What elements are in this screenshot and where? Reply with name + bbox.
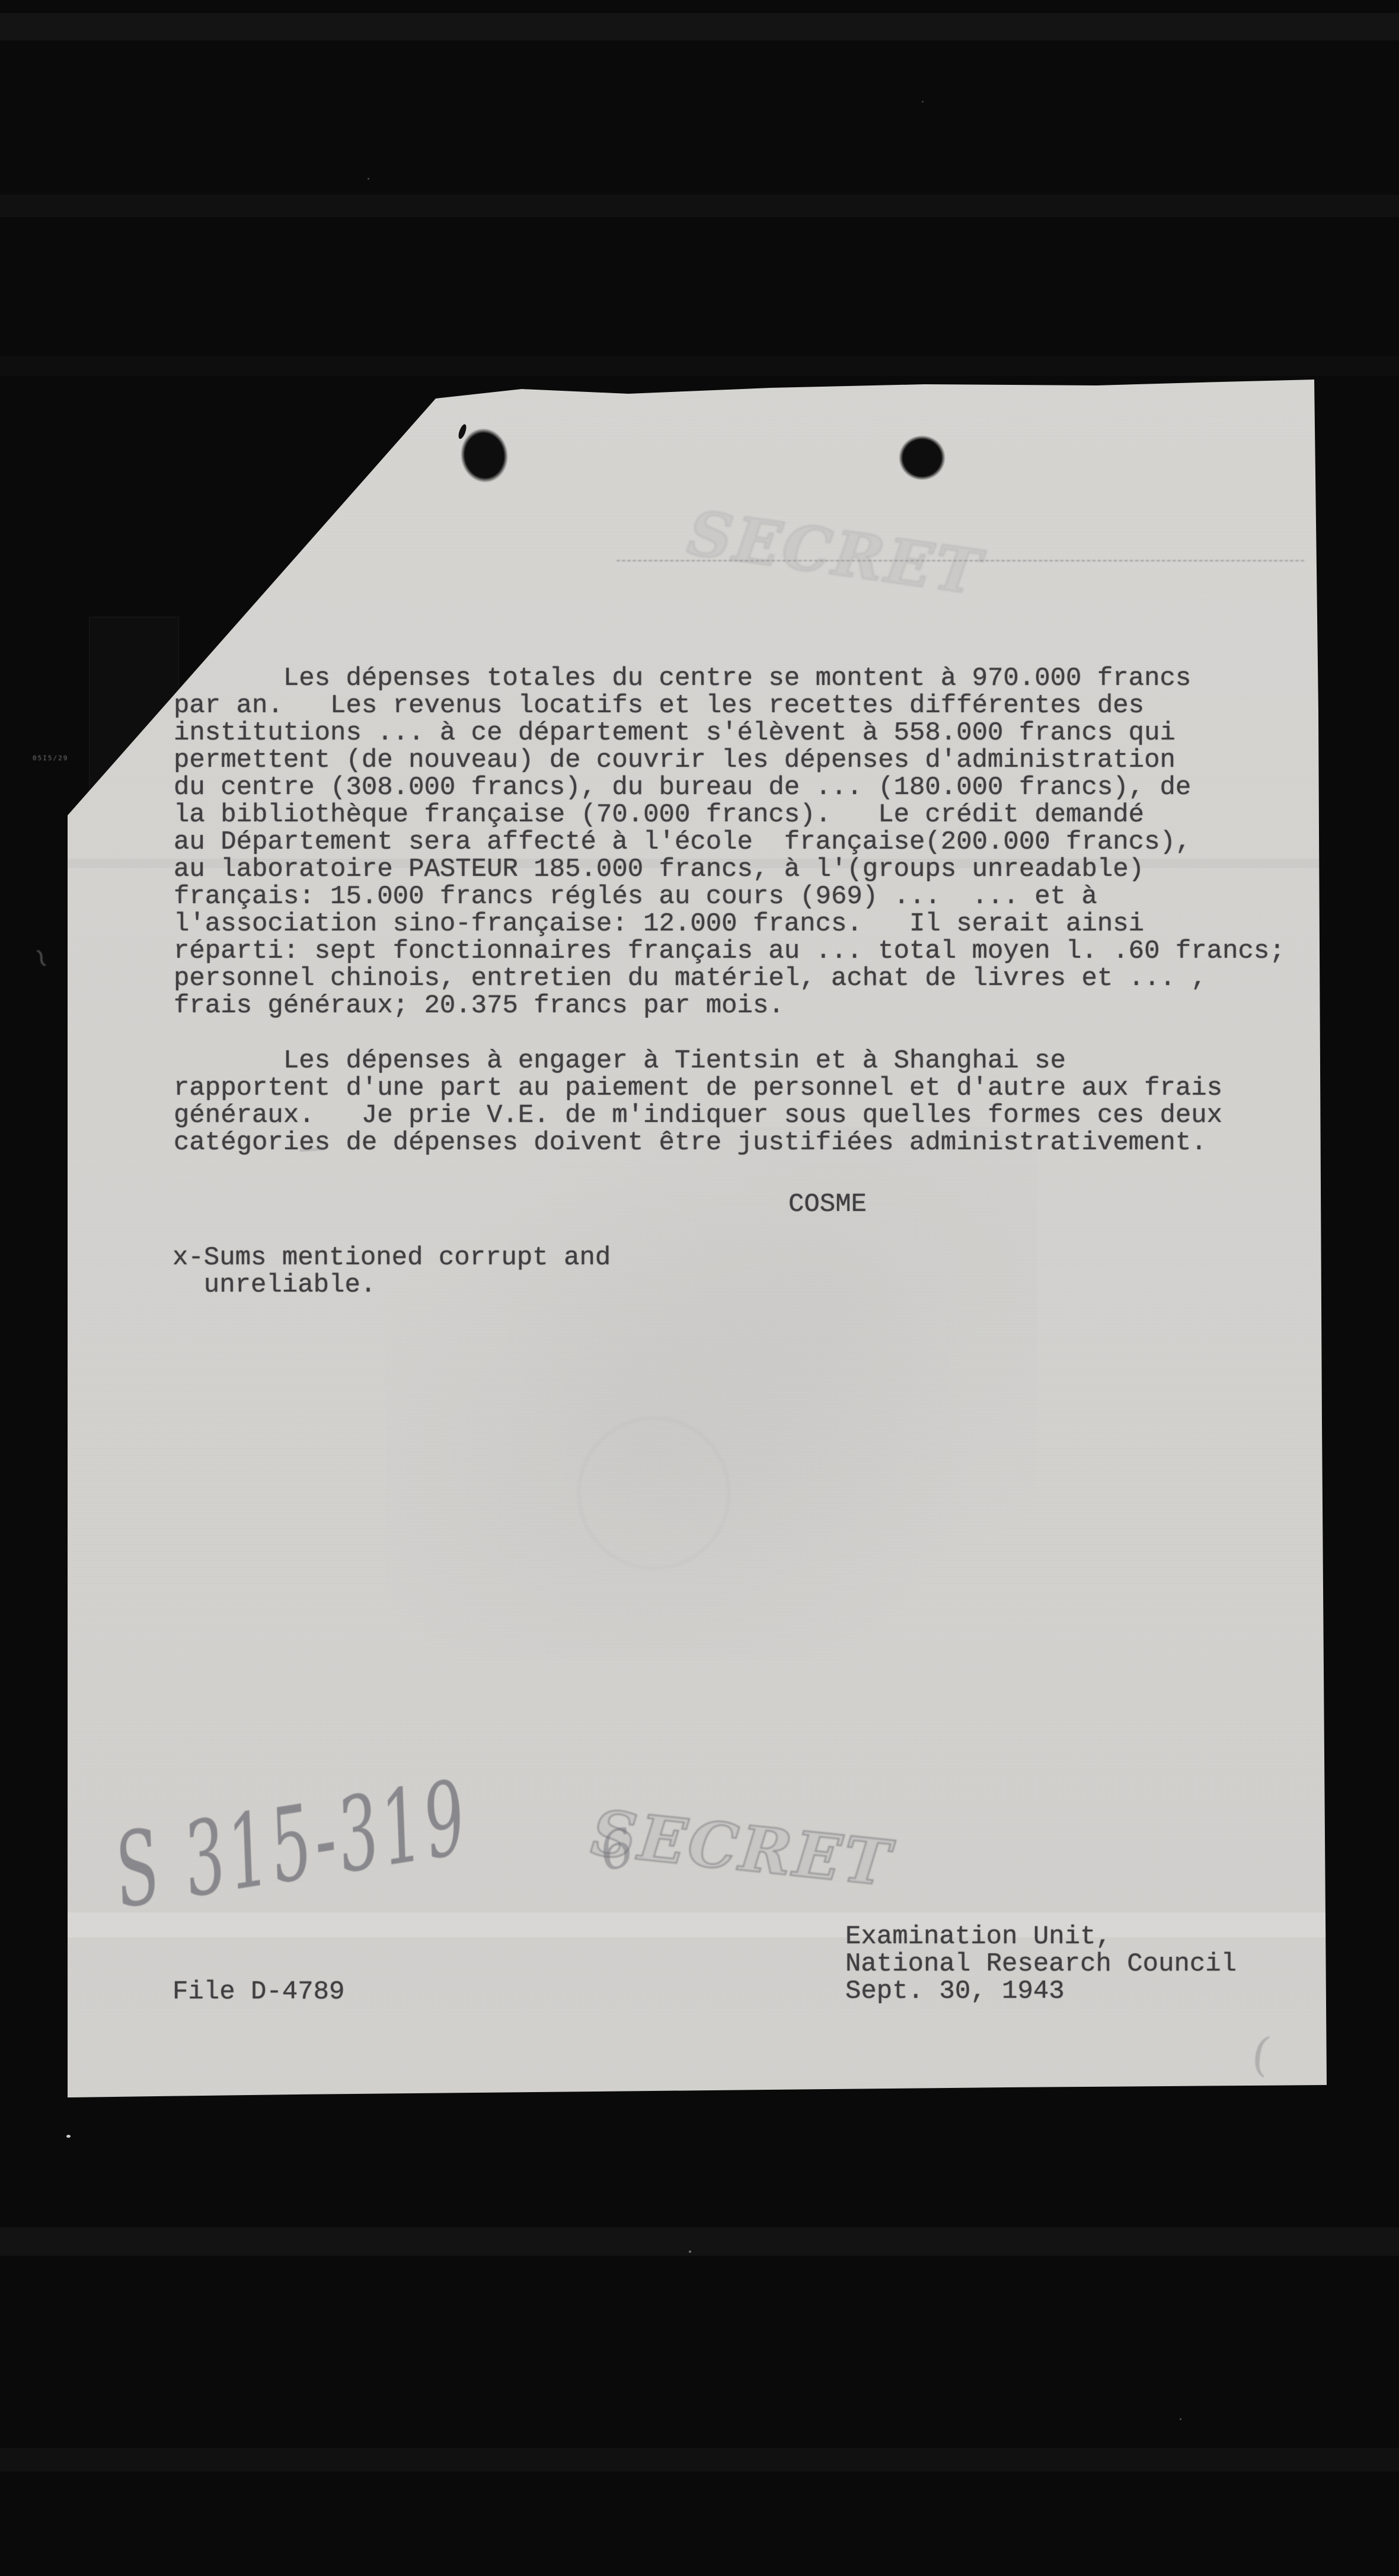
typewritten-line: généraux. Je prie V.E. de m'indiquer sou… [174, 1102, 1222, 1129]
typewritten-line: du centre (308.000 francs), du bureau de… [174, 774, 1285, 801]
typewritten-line: unreliable. [173, 1271, 611, 1299]
typewritten-line: institutions ... à ce département s'élèv… [174, 719, 1285, 747]
typewritten-line: réparti: sept fonctionnaires français au… [174, 938, 1285, 965]
footnote: x-Sums mentioned corrupt and unreliable. [173, 1244, 611, 1299]
punch-hole-left [457, 425, 512, 486]
dust-speck [689, 2250, 691, 2253]
typewritten-line: Les dépenses à engager à Tientsin et à S… [174, 1047, 1222, 1075]
typewritten-line: l'association sino-française: 12.000 fra… [174, 910, 1285, 938]
typewritten-line: catégories de dépenses doivent être just… [174, 1129, 1222, 1156]
document-page: SECRET Les dépenses totales du centre se… [0, 0, 1399, 2576]
typewritten-line: permettent (de nouveau) de couvrir les d… [174, 747, 1285, 774]
typewritten-line: au laboratoire PASTEUR 185.000 francs, à… [174, 856, 1285, 883]
file-number: File D-4789 [173, 1978, 344, 2006]
film-exposure-band [0, 13, 1399, 40]
typewritten-line: Sept. 30, 1943 [845, 1978, 1237, 2005]
typewritten-line: frais généraux; 20.375 francs par mois. [174, 992, 1285, 1019]
microfilm-scan-screenshot: { "film": { "frame_label": "05I5/29", "s… [0, 0, 1399, 2576]
signature-cosme: COSME [788, 1191, 867, 1218]
typewritten-line: National Research Council [845, 1950, 1237, 1978]
typewritten-line: Les dépenses totales du centre se monten… [174, 665, 1285, 692]
pencil-stray-mark: ( [1248, 2027, 1274, 2082]
film-exposure-band [0, 2448, 1399, 2472]
film-scratch-mark: ~ [23, 942, 61, 974]
dashed-rule [617, 560, 1304, 562]
typewritten-line: x-Sums mentioned corrupt and [173, 1244, 611, 1271]
typewritten-line: personnel chinois, entretien du matériel… [174, 965, 1285, 992]
typewritten-line: français: 15.000 francs réglés au cours … [174, 883, 1285, 910]
film-exposure-band [0, 2227, 1399, 2256]
dust-speck [66, 2135, 71, 2138]
dust-speck [922, 101, 924, 103]
letter-paragraph-1: Les dépenses totales du centre se monten… [174, 665, 1285, 1019]
secret-stamp-top: SECRET [683, 497, 987, 609]
typewritten-line: Examination Unit, [845, 1923, 1237, 1950]
dust-speck [368, 178, 369, 180]
typewritten-line: la bibliothèque française (70.000 francs… [174, 801, 1285, 828]
attribution-block: Examination Unit,National Research Counc… [845, 1923, 1237, 2005]
letter-paragraph-2: Les dépenses à engager à Tientsin et à S… [174, 1047, 1222, 1156]
punch-hole-right [899, 435, 946, 480]
dust-speck [1180, 2418, 1181, 2420]
film-exposure-band [0, 356, 1399, 376]
handwritten-reference: S 315-319 [107, 1758, 477, 1931]
film-edge-code-label: 05I5/29 [33, 754, 68, 762]
film-exposure-band [0, 195, 1399, 217]
faint-round-stamp-impression [578, 1417, 730, 1569]
typewritten-line: par an. Les revenus locatifs et les rece… [174, 692, 1285, 719]
typewritten-line: rapportent d'une part au paiement de per… [174, 1075, 1222, 1102]
secret-stamp-bottom: SECRET [588, 1796, 896, 1901]
paper-smudge [385, 1127, 1037, 1660]
typewritten-line: au Département sera affecté à l'école fr… [174, 828, 1285, 856]
